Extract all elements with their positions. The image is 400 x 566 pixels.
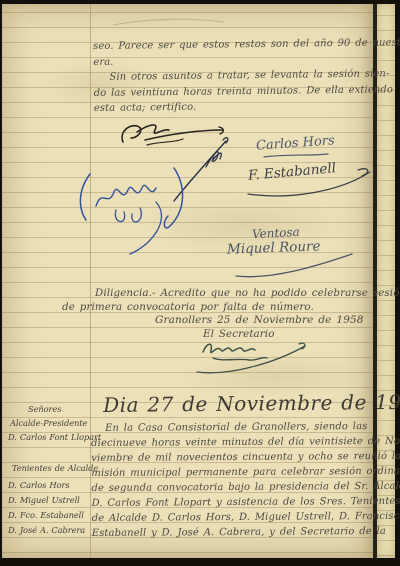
- closing-paragraph: seo. Parece ser que estos restos son del…: [93, 35, 400, 116]
- signature-flourish-icon: [244, 160, 376, 202]
- margin-teniente-name: D. Fco. Estabanell: [8, 508, 98, 523]
- margin-role-tenientes: Tenientes de Alcalde: [8, 461, 98, 476]
- margin-teniente-name: D. José A. Cabrera: [8, 523, 98, 538]
- margin-teniente-name: D. Miguel Ustrell: [8, 493, 98, 508]
- margin-role-alcalde: Alcalde-Presidente: [8, 416, 101, 430]
- margin-name-alcalde: D. Carlos Font Llopart: [8, 430, 101, 444]
- scanned-minutes-page: seo. Parece ser que estos restos son del…: [0, 0, 400, 566]
- margin-header: Señores: [8, 402, 101, 416]
- signature-underline-icon: [262, 152, 332, 160]
- signature-swoosh-icon: [232, 250, 357, 280]
- margin-attendees-top: Señores Alcalde-Presidente D. Carlos Fon…: [8, 402, 101, 444]
- opening-paragraph-line: Estabanell y D. José A. Cabrera, y del S…: [92, 524, 400, 541]
- diligencia-line1: Diligencia.- Acredito que no ha podido c…: [95, 287, 400, 299]
- diligencia-line2: de primera convocatoria por falta de núm…: [62, 301, 314, 313]
- secretary-signature-icon: [193, 336, 313, 378]
- faint-pencil-mark-icon: [110, 14, 230, 30]
- margin-attendees-tenientes: Tenientes de Alcalde D. Carlos Hors D. M…: [8, 461, 98, 538]
- signature-circled-icon: [72, 162, 197, 262]
- session-heading: Dia 27 de Noviembre de 1958: [103, 390, 400, 417]
- margin-teniente-name: D. Carlos Hors: [8, 478, 98, 493]
- diligencia-dateline: Granollers 25 de Noviembre de 1958: [155, 314, 364, 326]
- opening-paragraph: En la Casa Consistorial de Granollers, s…: [91, 419, 400, 541]
